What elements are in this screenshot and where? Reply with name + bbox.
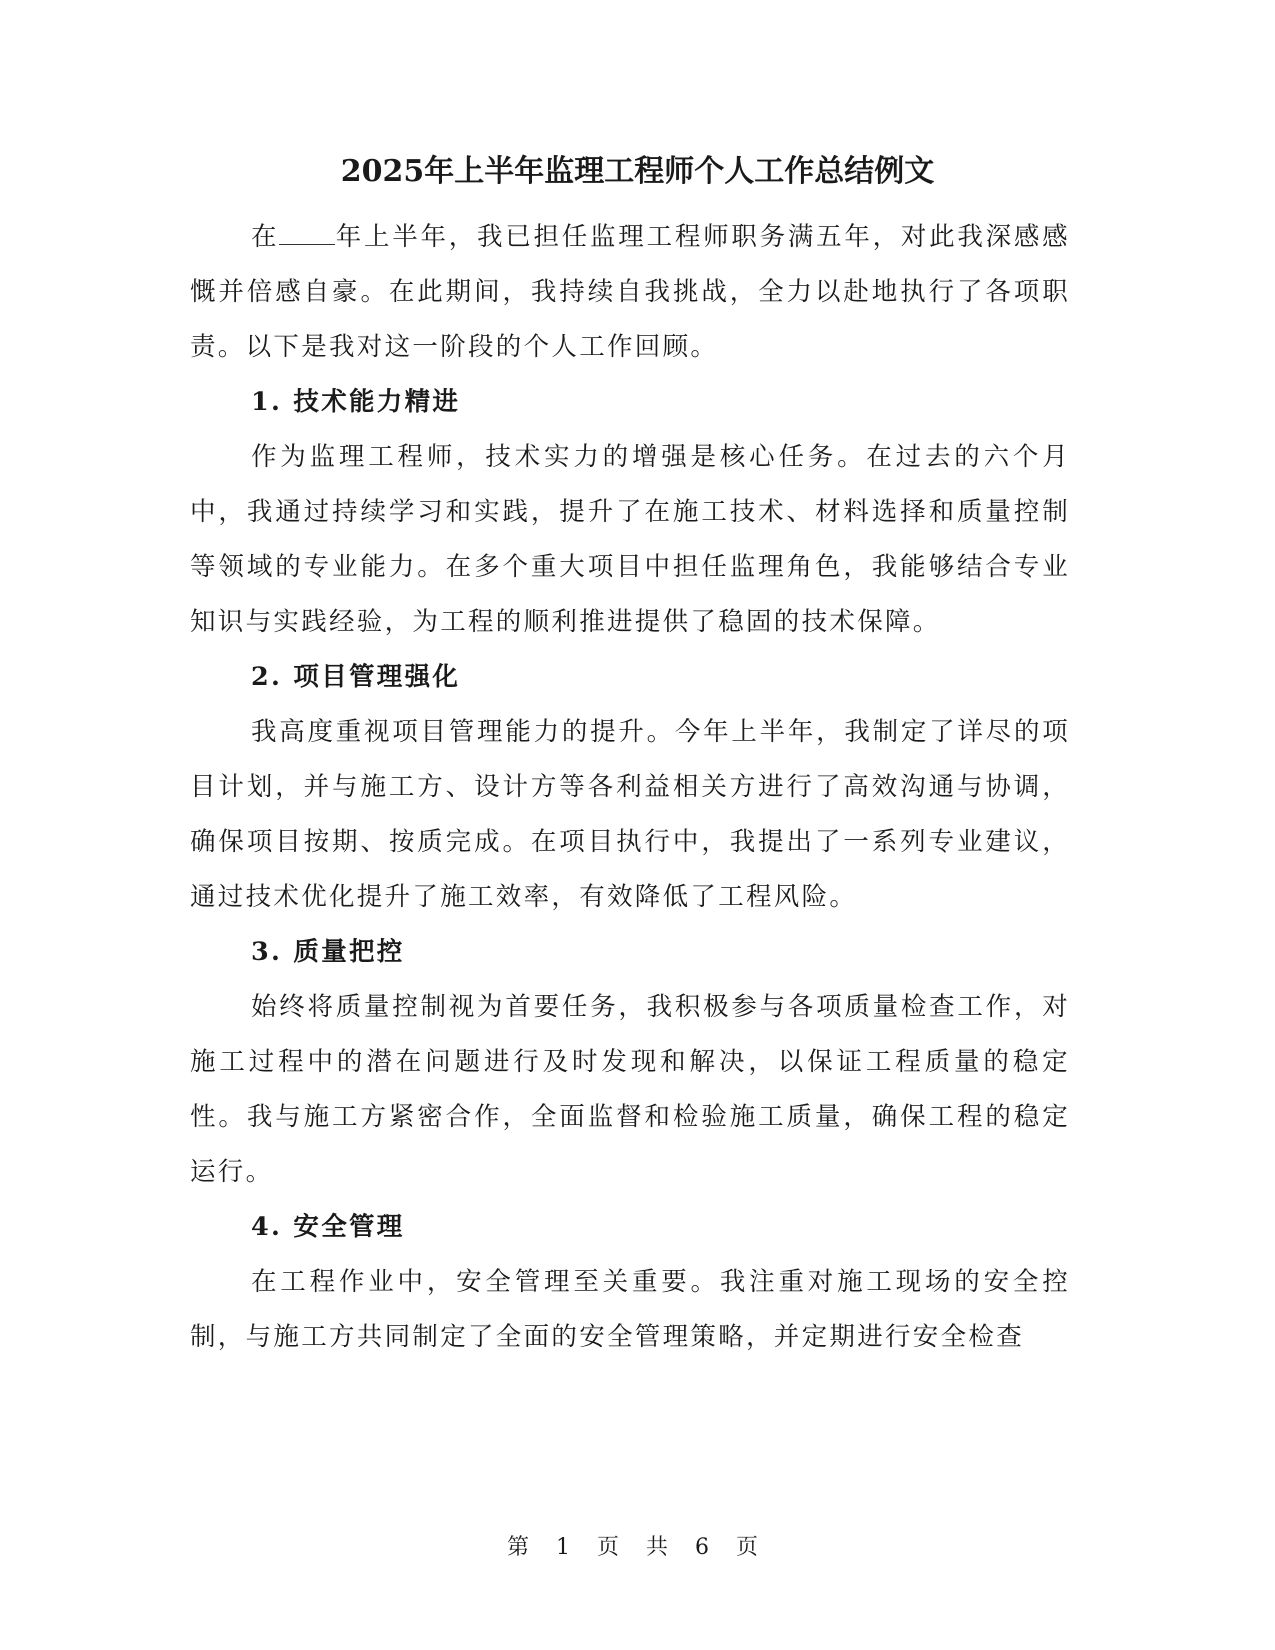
document-title: 2025年上半年监理工程师个人工作总结例文 xyxy=(0,146,1275,190)
section-body-2: 我高度重视项目管理能力的提升。今年上半年，我制定了详尽的项目计划，并与施工方、设… xyxy=(190,705,1070,925)
section-heading-1: 1. 技术能力精进 xyxy=(190,375,1070,430)
section-heading-4: 4. 安全管理 xyxy=(190,1200,1070,1255)
section-heading-2: 2. 项目管理强化 xyxy=(190,650,1070,705)
year-blank xyxy=(279,224,335,245)
section-heading-3: 3. 质量把控 xyxy=(190,925,1070,980)
document-body: 在年上半年，我已担任监理工程师职务满五年，对此我深感感慨并倍感自豪。在此期间，我… xyxy=(190,210,1070,1365)
section-body-1: 作为监理工程师，技术实力的增强是核心任务。在过去的六个月中，我通过持续学习和实践… xyxy=(190,430,1070,650)
intro-paragraph: 在年上半年，我已担任监理工程师职务满五年，对此我深感感慨并倍感自豪。在此期间，我… xyxy=(190,210,1070,375)
section-body-3: 始终将质量控制视为首要任务，我积极参与各项质量检查工作，对施工过程中的潜在问题进… xyxy=(190,980,1070,1200)
document-page: 2025年上半年监理工程师个人工作总结例文 在年上半年，我已担任监理工程师职务满… xyxy=(0,0,1275,1650)
intro-prefix: 在 xyxy=(251,222,279,252)
section-body-4: 在工程作业中，安全管理至关重要。我注重对施工现场的安全控制，与施工方共同制定了全… xyxy=(190,1255,1070,1365)
page-number-footer: 第 1 页 共 6 页 xyxy=(0,1530,1275,1561)
